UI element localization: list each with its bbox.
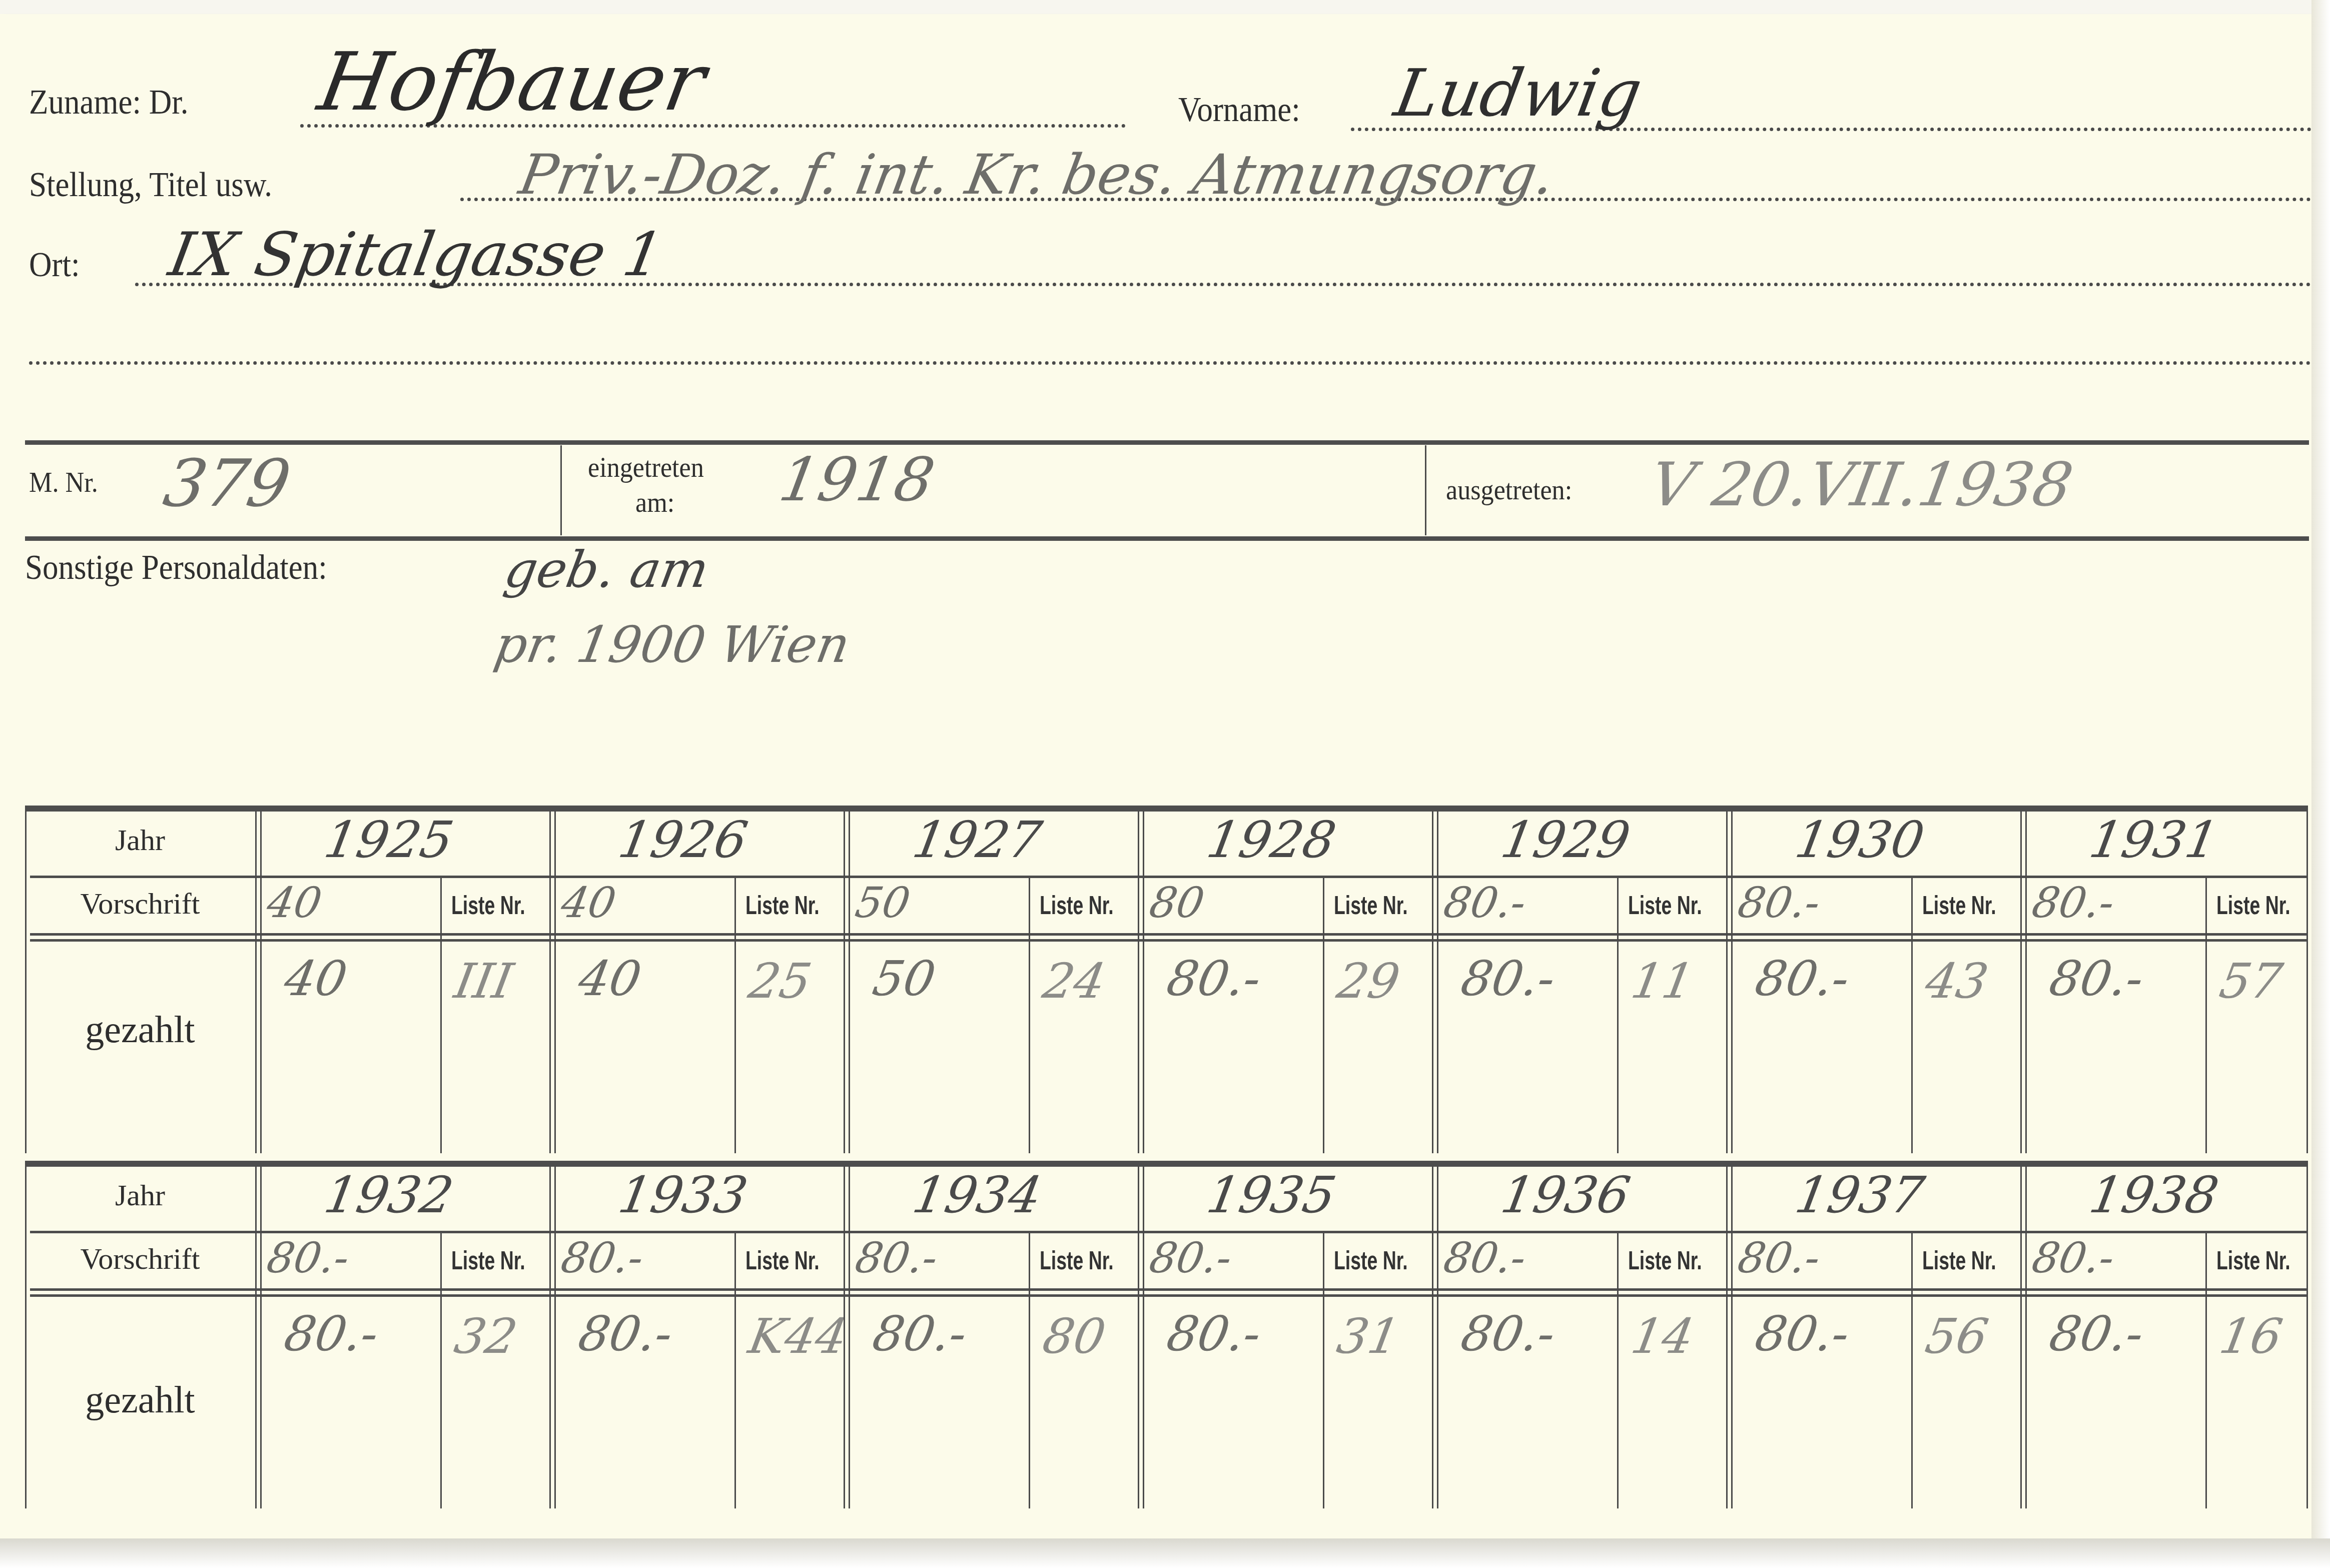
required-value: 80.- [557, 1233, 647, 1282]
firstname-label: Vorname: [1178, 90, 1300, 130]
row-label-paid: gezahlt [25, 1378, 255, 1422]
year-divider-b [1143, 811, 1144, 1153]
year-value: 1935 [1203, 1166, 1340, 1224]
surname-value: Hofbauer [312, 35, 712, 129]
list-divider [734, 1233, 736, 1508]
list-divider [1029, 1233, 1030, 1508]
year-divider-a [1432, 1166, 1433, 1508]
paid-value: 80.- [1751, 951, 1854, 1007]
table-required-rule-b [30, 1294, 2306, 1297]
left-value: V 20.VII.1938 [1645, 450, 2078, 520]
membership-divider-2 [1425, 445, 1426, 535]
list-number-value: 31 [1333, 1308, 1404, 1364]
list-divider [1323, 1233, 1324, 1508]
paid-value: 40 [280, 951, 351, 1007]
year-value: 1933 [614, 1166, 752, 1224]
list-number-value: 56 [1921, 1308, 1992, 1364]
year-divider-b [2025, 811, 2027, 1153]
member-number-value: 379 [159, 445, 296, 521]
firstname-value: Ludwig [1389, 55, 1648, 131]
row-label-required: Vorschrift [25, 887, 255, 921]
year-divider-a [1138, 811, 1139, 1153]
paid-value: 80.- [1163, 951, 1265, 1007]
list-number-value: 80 [1039, 1308, 1110, 1364]
blank-line [29, 361, 2311, 365]
year-divider-a [549, 1166, 551, 1508]
paid-value: 80.- [280, 1306, 383, 1362]
year-divider-b [849, 1166, 850, 1508]
year-divider-a [1138, 1166, 1139, 1508]
paid-value: 80.- [574, 1306, 677, 1362]
list-divider [1911, 878, 1913, 1153]
required-value: 80.- [1440, 878, 1529, 927]
paid-value: 80.- [1457, 951, 1560, 1007]
year-value: 1932 [320, 1166, 458, 1224]
year-value: 1927 [909, 811, 1046, 869]
personal-data-label: Sonstige Personaldaten: [25, 548, 327, 588]
position-label: Stellung, Titel usw. [29, 165, 272, 205]
list-number-label: Liste Nr. [745, 1246, 820, 1276]
year-divider-a [844, 1166, 845, 1508]
list-number-value: 25 [744, 953, 816, 1009]
list-number-label: Liste Nr. [1040, 1246, 1114, 1276]
paid-value: 80.- [2045, 951, 2148, 1007]
year-divider-a [844, 811, 845, 1153]
place-value: IX Spitalgasse 1 [164, 220, 668, 290]
list-number-value: 11 [1627, 953, 1698, 1009]
year-divider-a [2020, 811, 2022, 1153]
joined-label-am: am: [635, 485, 674, 519]
personal-data-line2: pr. 1900 Wien [490, 615, 855, 674]
required-value: 80.- [2028, 1233, 2118, 1282]
membership-bottom-rule [25, 536, 2309, 541]
table-right-border [2306, 1161, 2308, 1508]
year-value: 1926 [614, 811, 752, 869]
list-number-value: 43 [1921, 953, 1992, 1009]
list-number-label: Liste Nr. [451, 1246, 525, 1276]
card-edge-shadow [2311, 0, 2330, 1568]
list-number-label: Liste Nr. [1922, 1246, 1996, 1276]
list-divider [440, 1233, 442, 1508]
required-value: 40 [557, 878, 619, 927]
paid-value: 40 [574, 951, 645, 1007]
row-label-year: Jahr [25, 1178, 255, 1213]
list-number-value: 57 [2215, 953, 2286, 1009]
joined-value: 1918 [774, 445, 940, 515]
list-number-label: Liste Nr. [451, 891, 525, 921]
list-number-label: Liste Nr. [1922, 891, 1996, 921]
required-value: 80.- [1440, 1233, 1529, 1282]
required-value: 40 [263, 878, 325, 927]
year-value: 1931 [2085, 811, 2223, 869]
year-divider-b [260, 1166, 262, 1508]
list-number-value: 29 [1333, 953, 1404, 1009]
card-bottom-shadow [0, 1538, 2330, 1568]
paid-value: 80.- [869, 1306, 971, 1362]
year-value: 1925 [320, 811, 458, 869]
required-value: 80.- [1734, 1233, 1824, 1282]
paid-value: 50 [869, 951, 940, 1007]
list-divider [2205, 1233, 2207, 1508]
table-left-border [25, 806, 27, 1153]
year-divider-b [554, 1166, 556, 1508]
list-divider [1911, 1233, 1913, 1508]
member-number-label: M. Nr. [29, 465, 98, 499]
list-number-value: III [450, 953, 517, 1009]
year-value: 1937 [1791, 1166, 1929, 1224]
year-value: 1936 [1497, 1166, 1635, 1224]
year-divider-a [1726, 811, 1728, 1153]
paid-value: 80.- [1751, 1306, 1854, 1362]
list-divider [2205, 878, 2207, 1153]
year-divider-b [1143, 1166, 1144, 1508]
paid-value: 80.- [1163, 1306, 1265, 1362]
required-value: 80.- [263, 1233, 353, 1282]
paid-value: 80.- [2045, 1306, 2148, 1362]
required-value: 80.- [1734, 878, 1824, 927]
list-number-label: Liste Nr. [1040, 891, 1114, 921]
year-divider-a [255, 1166, 257, 1508]
list-number-label: Liste Nr. [2216, 891, 2290, 921]
year-divider-a [549, 811, 551, 1153]
required-value: 80 [1146, 878, 1208, 927]
required-value: 50 [852, 878, 914, 927]
year-divider-b [1437, 1166, 1438, 1508]
list-number-label: Liste Nr. [1334, 1246, 1408, 1276]
year-value: 1929 [1497, 811, 1635, 869]
year-divider-b [1437, 811, 1438, 1153]
left-label: ausgetreten: [1446, 473, 1572, 506]
list-divider [1617, 878, 1619, 1153]
table-right-border [2306, 806, 2308, 1153]
row-label-required: Vorschrift [25, 1242, 255, 1276]
list-divider [1029, 878, 1030, 1153]
membership-divider-1 [560, 445, 562, 535]
required-value: 80.- [1146, 1233, 1235, 1282]
list-number-value: 14 [1627, 1308, 1698, 1364]
table-required-rule-a [30, 1288, 2306, 1291]
position-value: Priv.-Doz. f. int. Kr. bes. Atmungsorg. [515, 143, 1560, 207]
table-required-rule-a [30, 933, 2306, 936]
year-divider-b [260, 811, 262, 1153]
year-divider-b [2025, 1166, 2027, 1508]
table-required-rule-b [30, 939, 2306, 942]
year-divider-b [1731, 811, 1733, 1153]
membership-top-rule [25, 440, 2309, 445]
year-value: 1930 [1791, 811, 1929, 869]
year-divider-a [255, 811, 257, 1153]
table-left-border [25, 1161, 27, 1508]
list-number-value: 32 [450, 1308, 521, 1364]
personal-data-line1: geb. am [500, 540, 713, 599]
list-number-value: 24 [1039, 953, 1110, 1009]
row-label-paid: gezahlt [25, 1008, 255, 1052]
row-label-year: Jahr [25, 823, 255, 858]
list-number-label: Liste Nr. [745, 891, 820, 921]
year-divider-a [1432, 811, 1433, 1153]
year-divider-a [2020, 1166, 2022, 1508]
surname-label: Zuname: Dr. [29, 83, 188, 123]
year-divider-b [1731, 1166, 1733, 1508]
joined-label: eingetreten [588, 450, 704, 484]
paid-value: 80.- [1457, 1306, 1560, 1362]
required-value: 80.- [852, 1233, 941, 1282]
required-value: 80.- [2028, 878, 2118, 927]
year-value: 1938 [2085, 1166, 2223, 1224]
list-number-label: Liste Nr. [1628, 1246, 1702, 1276]
year-divider-b [849, 811, 850, 1153]
list-divider [1323, 878, 1324, 1153]
place-label: Ort: [29, 245, 80, 285]
year-value: 1928 [1203, 811, 1340, 869]
list-number-value: K44 [744, 1308, 852, 1364]
year-divider-b [554, 811, 556, 1153]
list-number-label: Liste Nr. [1628, 891, 1702, 921]
year-divider-a [1726, 1166, 1728, 1508]
list-number-value: 16 [2215, 1308, 2286, 1364]
list-number-label: Liste Nr. [2216, 1246, 2290, 1276]
year-value: 1934 [909, 1166, 1046, 1224]
list-divider [440, 878, 442, 1153]
list-number-label: Liste Nr. [1334, 891, 1408, 921]
list-divider [734, 878, 736, 1153]
list-divider [1617, 1233, 1619, 1508]
